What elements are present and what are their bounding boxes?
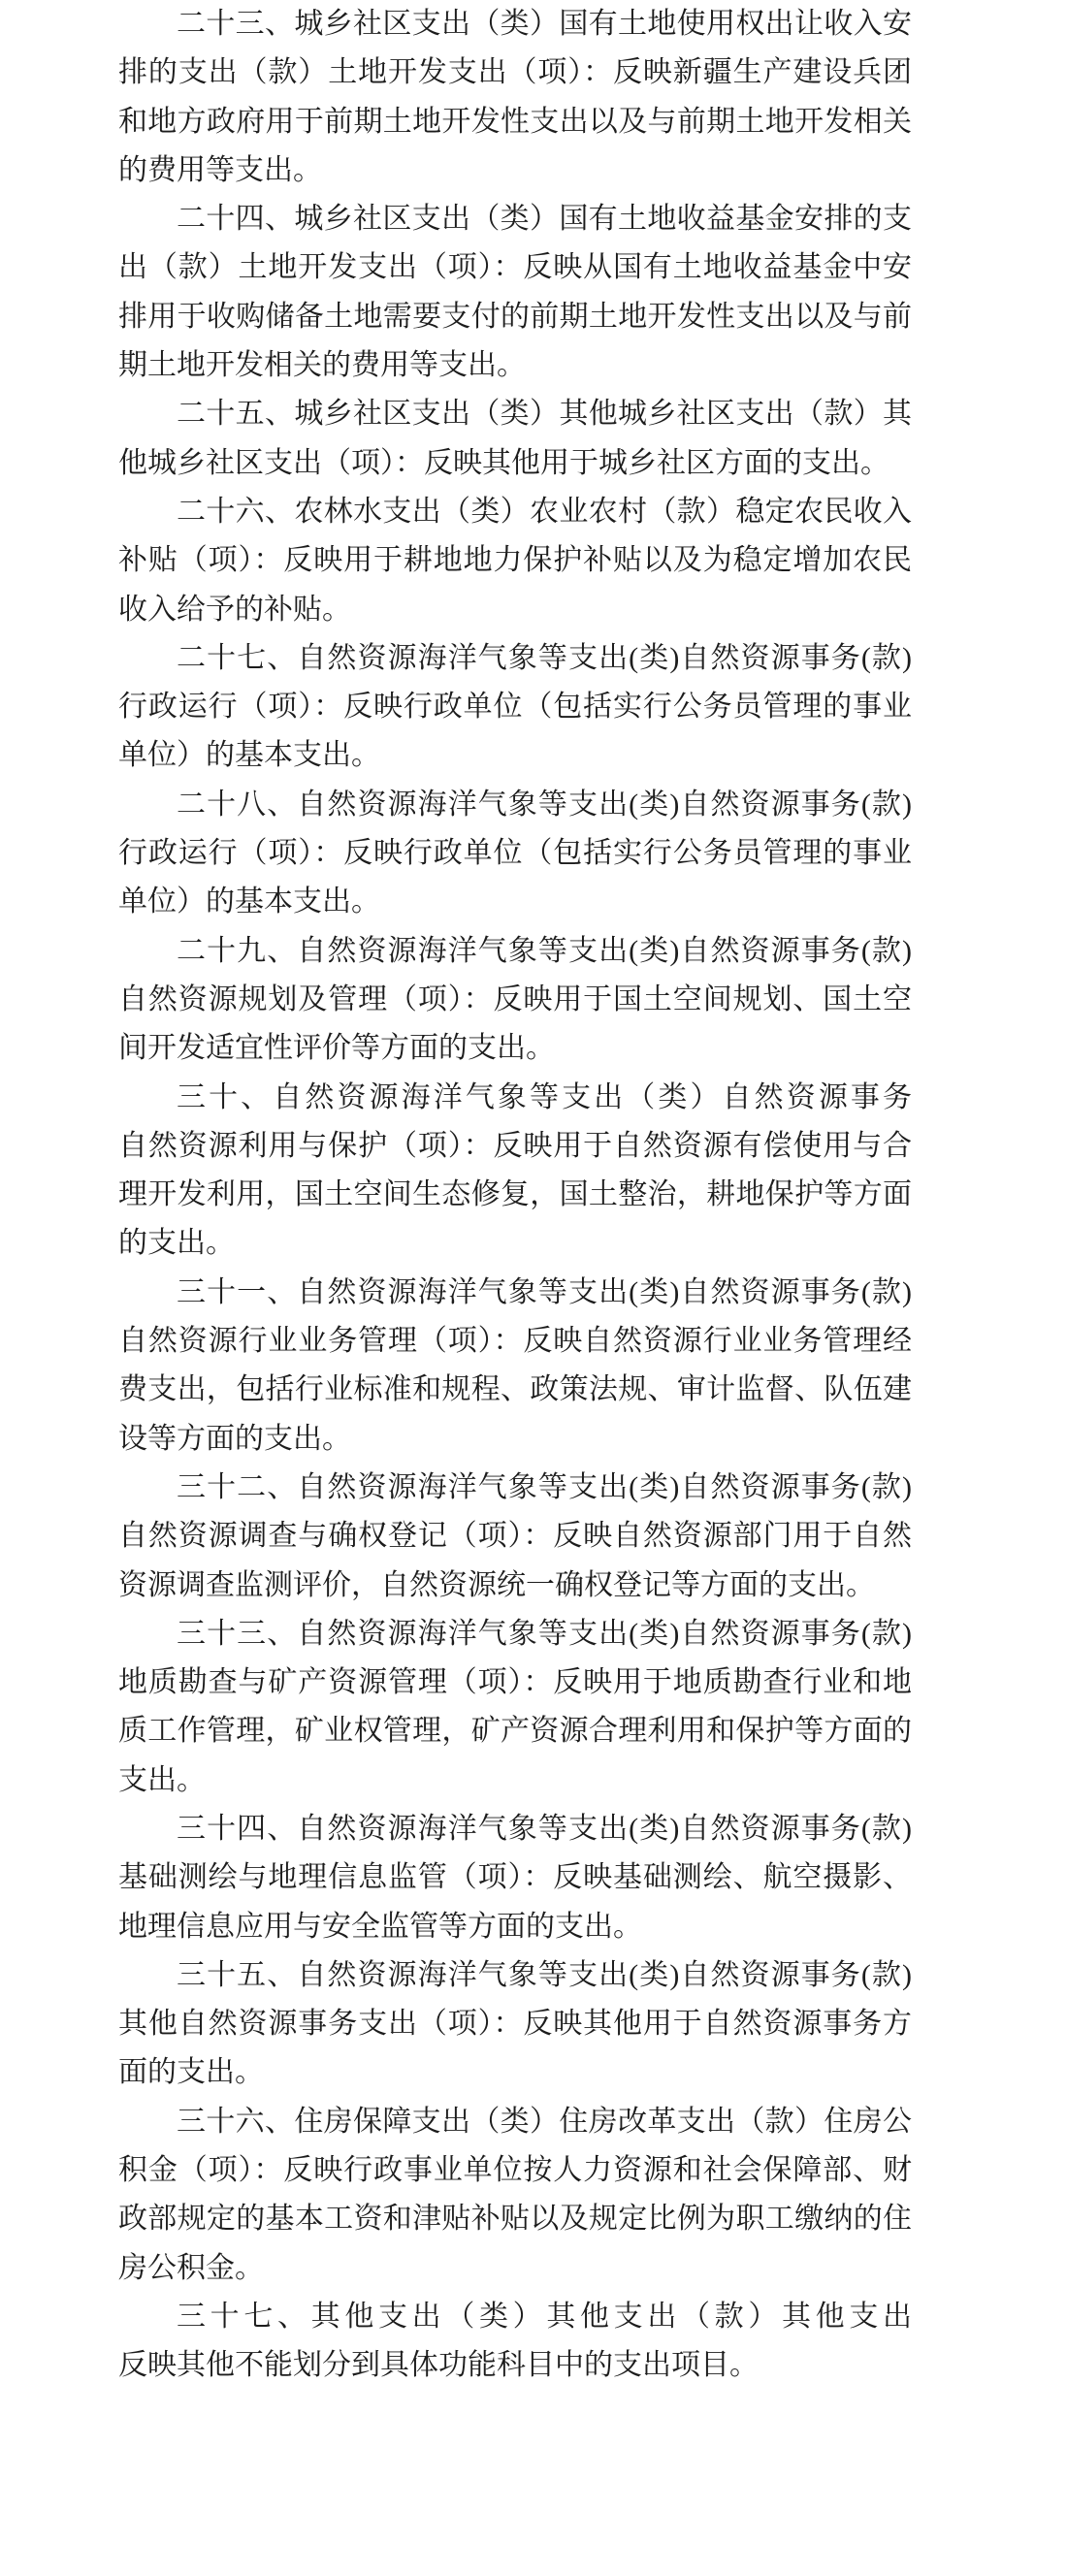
- text-line: 设等方面的支出。: [118, 1415, 912, 1464]
- text-line: 的支出。: [118, 1219, 912, 1268]
- document-page: 二十三、城乡社区支出（类）国有土地使用权出让收入安排的支出（款）土地开发支出（项…: [0, 0, 1067, 2576]
- paragraph-37: 三十七、其他支出（类）其他支出（款）其他支出（项）：反映其他不能划分到具体功能科…: [118, 2293, 912, 2391]
- text-line: 行政运行（项）：反映行政单位（包括实行公务员管理的事业: [118, 829, 912, 878]
- text-line: 出（款）土地开发支出（项）：反映从国有土地收益基金中安: [118, 243, 912, 292]
- text-line: 和地方政府用于前期土地开发性支出以及与前期土地开发相关: [118, 98, 912, 146]
- text-line: 地质勘查与矿产资源管理（项）：反映用于地质勘查行业和地: [118, 1658, 912, 1707]
- text-line: 二十五、城乡社区支出（类）其他城乡社区支出（款）其: [118, 390, 912, 438]
- text-line: 三十二、自然资源海洋气象等支出(类)自然资源事务(款): [118, 1464, 912, 1512]
- text-line: 二十三、城乡社区支出（类）国有土地使用权出让收入安: [118, 0, 912, 48]
- text-line: 三十一、自然资源海洋气象等支出(类)自然资源事务(款): [118, 1269, 912, 1317]
- text-line: 其他自然资源事务支出（项）：反映其他用于自然资源事务方: [118, 2000, 912, 2048]
- text-line: 补贴（项）：反映用于耕地地力保护补贴以及为稳定增加农民: [118, 536, 912, 585]
- text-line: 自然资源行业业务管理（项）：反映自然资源行业业务管理经: [118, 1317, 912, 1366]
- text-line: 行政运行（项）：反映行政单位（包括实行公务员管理的事业: [118, 683, 912, 731]
- paragraph-27: 二十七、自然资源海洋气象等支出(类)自然资源事务(款)行政运行（项）：反映行政单…: [118, 634, 912, 781]
- text-line: 基础测绘与地理信息监管（项）：反映基础测绘、航空摄影、: [118, 1853, 912, 1902]
- paragraph-34: 三十四、自然资源海洋气象等支出(类)自然资源事务(款)基础测绘与地理信息监管（项…: [118, 1805, 912, 1951]
- text-line: 三十五、自然资源海洋气象等支出(类)自然资源事务(款): [118, 1951, 912, 2000]
- text-line: 二十七、自然资源海洋气象等支出(类)自然资源事务(款): [118, 634, 912, 683]
- text-line: 三十七、其他支出（类）其他支出（款）其他支出（项）：: [118, 2293, 912, 2341]
- paragraph-24: 二十四、城乡社区支出（类）国有土地收益基金安排的支出（款）土地开发支出（项）：反…: [118, 195, 912, 390]
- text-line: 期土地开发相关的费用等支出。: [118, 341, 912, 390]
- paragraph-33: 三十三、自然资源海洋气象等支出(类)自然资源事务(款)地质勘查与矿产资源管理（项…: [118, 1610, 912, 1805]
- text-line: 三十三、自然资源海洋气象等支出(类)自然资源事务(款): [118, 1610, 912, 1658]
- text-line: 支出。: [118, 1756, 912, 1805]
- paragraph-35: 三十五、自然资源海洋气象等支出(类)自然资源事务(款)其他自然资源事务支出（项）…: [118, 1951, 912, 2098]
- text-line: 二十九、自然资源海洋气象等支出(类)自然资源事务(款): [118, 927, 912, 976]
- text-line: 自然资源调查与确权登记（项）：反映自然资源部门用于自然: [118, 1512, 912, 1561]
- paragraph-31: 三十一、自然资源海洋气象等支出(类)自然资源事务(款)自然资源行业业务管理（项）…: [118, 1269, 912, 1464]
- text-line: 三十六、住房保障支出（类）住房改革支出（款）住房公: [118, 2098, 912, 2146]
- paragraph-23: 二十三、城乡社区支出（类）国有土地使用权出让收入安排的支出（款）土地开发支出（项…: [118, 0, 912, 195]
- text-line: 地理信息应用与安全监管等方面的支出。: [118, 1903, 912, 1951]
- text-line: 单位）的基本支出。: [118, 878, 912, 926]
- text-line: 自然资源规划及管理（项）：反映用于国土空间规划、国土空: [118, 976, 912, 1024]
- paragraph-32: 三十二、自然资源海洋气象等支出(类)自然资源事务(款)自然资源调查与确权登记（项…: [118, 1464, 912, 1610]
- text-line: 积金（项）：反映行政事业单位按人力资源和社会保障部、财: [118, 2146, 912, 2195]
- paragraph-28: 二十八、自然资源海洋气象等支出(类)自然资源事务(款)行政运行（项）：反映行政单…: [118, 781, 912, 927]
- text-line: 三十四、自然资源海洋气象等支出(类)自然资源事务(款): [118, 1805, 912, 1853]
- text-line: 政部规定的基本工资和津贴补贴以及规定比例为职工缴纳的住: [118, 2195, 912, 2243]
- text-line: 排用于收购储备土地需要支付的前期土地开发性支出以及与前: [118, 293, 912, 341]
- paragraph-36: 三十六、住房保障支出（类）住房改革支出（款）住房公积金（项）：反映行政事业单位按…: [118, 2098, 912, 2293]
- text-line: 自然资源利用与保护（项）：反映用于自然资源有偿使用与合: [118, 1122, 912, 1171]
- text-line: 资源调查监测评价，自然资源统一确权登记等方面的支出。: [118, 1562, 912, 1610]
- paragraph-29: 二十九、自然资源海洋气象等支出(类)自然资源事务(款)自然资源规划及管理（项）：…: [118, 927, 912, 1074]
- paragraph-25: 二十五、城乡社区支出（类）其他城乡社区支出（款）其他城乡社区支出（项）：反映其他…: [118, 390, 912, 488]
- text-line: 理开发利用，国土空间生态修复，国土整治，耕地保护等方面: [118, 1171, 912, 1219]
- paragraph-26: 二十六、农林水支出（类）农业农村（款）稳定农民收入补贴（项）：反映用于耕地地力保…: [118, 488, 912, 634]
- document-text: 二十三、城乡社区支出（类）国有土地使用权出让收入安排的支出（款）土地开发支出（项…: [0, 0, 912, 2391]
- text-line: 排的支出（款）土地开发支出（项）：反映新疆生产建设兵团: [118, 48, 912, 97]
- text-line: 费支出，包括行业标准和规程、政策法规、审计监督、队伍建: [118, 1366, 912, 1414]
- text-line: 三十、自然资源海洋气象等支出（类）自然资源事务（款）: [118, 1074, 912, 1122]
- text-line: 收入给予的补贴。: [118, 586, 912, 634]
- text-line: 他城乡社区支出（项）：反映其他用于城乡社区方面的支出。: [118, 439, 912, 488]
- text-line: 间开发适宜性评价等方面的支出。: [118, 1024, 912, 1073]
- text-line: 单位）的基本支出。: [118, 731, 912, 780]
- text-line: 二十六、农林水支出（类）农业农村（款）稳定农民收入: [118, 488, 912, 536]
- text-line: 反映其他不能划分到具体功能科目中的支出项目。: [118, 2341, 912, 2390]
- paragraph-30: 三十、自然资源海洋气象等支出（类）自然资源事务（款）自然资源利用与保护（项）：反…: [118, 1074, 912, 1269]
- text-line: 质工作管理，矿业权管理，矿产资源合理利用和保护等方面的: [118, 1707, 912, 1755]
- text-line: 二十八、自然资源海洋气象等支出(类)自然资源事务(款): [118, 781, 912, 829]
- text-line: 房公积金。: [118, 2244, 912, 2293]
- text-line: 二十四、城乡社区支出（类）国有土地收益基金安排的支: [118, 195, 912, 243]
- text-line: 的费用等支出。: [118, 146, 912, 195]
- text-line: 面的支出。: [118, 2048, 912, 2097]
